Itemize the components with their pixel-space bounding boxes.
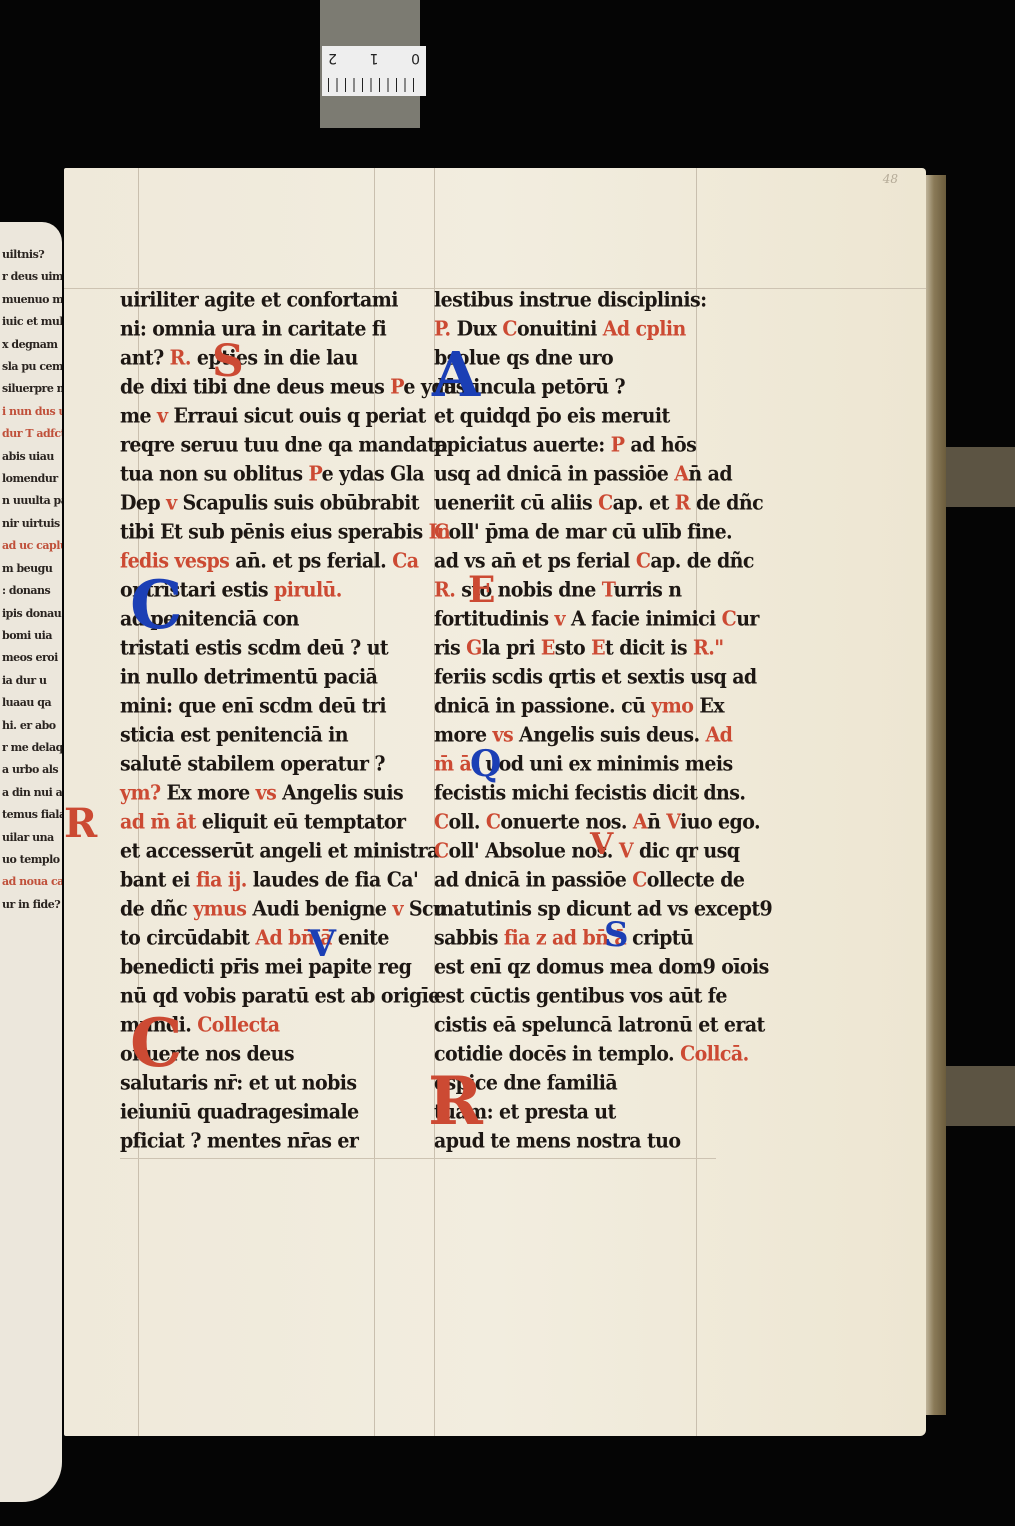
body-text: lestibus instrue disciplinis: (434, 288, 707, 312)
left-page-line: muenuo marati (0, 289, 62, 311)
text-line: lestibus instrue disciplinis: (434, 285, 724, 316)
left-page-line: meos eroi (0, 647, 62, 669)
body-text: e ydas Gla (322, 462, 424, 486)
text-line: ad m̄ āt eliquit eū temptator (120, 807, 400, 838)
rubric-text: v (157, 404, 167, 428)
text-line: ueneriit cū aliis Cap. et R de dñc (434, 488, 724, 519)
left-page-line: siluerpre mus (0, 378, 62, 400)
ruling-line (120, 1158, 716, 1159)
rubric-text: A (674, 462, 688, 486)
body-text: tibi Et sub pēnis eius sperabis (120, 520, 429, 544)
left-page-line: i nun dus uro (0, 401, 62, 423)
text-line: est enī qz domus mea dom9 oīois (434, 952, 724, 983)
text-line: mini: que enī scdm deū tri (120, 691, 400, 722)
rubric-text: vs (256, 781, 277, 805)
text-line: Dep v Scapulis suis obūbrabit (120, 488, 400, 519)
manuscript-folio: 48 uiriliter agite et confortamini: omni… (64, 168, 926, 1436)
body-text: salutē stabilem operatur ? (120, 752, 385, 776)
left-page-line: a din nui a (0, 782, 62, 804)
left-page-line: luaau qa (0, 692, 62, 714)
ruler-label-0: 0 (411, 50, 420, 66)
left-page-line: : donans (0, 580, 62, 602)
text-line: Coll' p̄ma de mar cū ulīb fine. (434, 517, 724, 548)
text-line: est cūctis gentibus vos aūt fe (434, 981, 724, 1012)
body-text: me (120, 404, 157, 428)
text-line: Coll' Absolue nos. V dic qr usq (434, 836, 724, 867)
body-text: to circūdabit (120, 926, 255, 950)
rubric-text: ad m̄ āt (120, 810, 196, 834)
rubric-text: v (166, 491, 176, 515)
rubric-text: R. (434, 578, 455, 602)
text-line: bant ei fia ij. laudes de fia Ca' (120, 865, 400, 896)
body-text: oll' p̄ma de mar cū ulīb fine. (449, 520, 733, 544)
body-text: Scapulis suis obūbrabit (177, 491, 419, 515)
initial-V-blue: V (308, 926, 336, 962)
body-text: de dñc (120, 897, 193, 921)
text-column-right: lestibus instrue disciplinis:P. Dux Conu… (434, 286, 724, 1156)
body-text: sticia est penitenciā in (120, 723, 348, 747)
rubric-text: fia ij. (196, 868, 247, 892)
body-text: ad hōs (624, 433, 696, 457)
initial-S-blue: S (604, 918, 629, 952)
rubric-text: C (434, 810, 449, 834)
left-page-line: temus fiala (0, 804, 62, 826)
initial-C-blue: C (130, 572, 183, 638)
body-text: tua non su oblitus (120, 462, 308, 486)
text-line: benedicti pr̄is mei papite reg (120, 952, 400, 983)
body-text: est enī qz domus mea dom9 oīois (434, 955, 769, 979)
rubric-text: Ad cplin (603, 317, 686, 341)
rubric-text: A (633, 810, 647, 834)
body-text: eliquit eū temptator (196, 810, 406, 834)
text-line: in nullo detrimentū paciā (120, 662, 400, 693)
left-page-line: lomendur (0, 468, 62, 490)
clasp-bottom (946, 1066, 1015, 1126)
initial-A-blue: A (432, 344, 480, 406)
body-text: reqre seruu tuu dne qa mandata (120, 433, 447, 457)
rubric-text: E (541, 636, 555, 660)
rubric-text: Collecta (197, 1013, 279, 1037)
body-text: ap. de dñc (650, 549, 753, 573)
left-page-line: abis uiau (0, 446, 62, 468)
left-page-text: uiltnis?r deus uimmuenuo maratiiuic et m… (0, 222, 62, 916)
rubric-text: Collcā. (680, 1042, 749, 1066)
rubric-text: R (675, 491, 690, 515)
initial-Q-blue: Q (470, 746, 501, 782)
rubric-text: ymus (193, 897, 246, 921)
body-text: in nullo detrimentū paciā (120, 665, 377, 689)
body-text: enite (332, 926, 389, 950)
body-text: ni: omnia ura in caritate fi (120, 317, 386, 341)
body-text: sto (555, 636, 591, 660)
rubric-text: C (434, 839, 449, 863)
text-line: ad dnicā in passiōe Collecte de (434, 865, 724, 896)
body-text: oll. (449, 810, 486, 834)
body-text: pficiat ? mentes nr̄as er (120, 1129, 358, 1153)
body-text: Angelis suis (276, 781, 403, 805)
body-text: n̄ (647, 810, 666, 834)
ruler-numbers: 0 1 2 (322, 50, 426, 66)
text-line: tua non su oblitus Pe ydas Gla (120, 459, 400, 490)
body-text: benedicti pr̄is mei papite reg (120, 955, 411, 979)
body-text: ad dnicā in passiōe (434, 868, 632, 892)
left-page-line: uo templo (0, 849, 62, 871)
text-line: Coll. Conuerte nos. An̄ Viuo ego. (434, 807, 724, 838)
text-line: ppiciatus auerte: P ad hōs (434, 430, 724, 461)
left-page-line: m beugu (0, 558, 62, 580)
rubric-text: C (722, 607, 737, 631)
body-text: la pri (482, 636, 541, 660)
text-line: usq ad dnicā in passiōe An̄ ad (434, 459, 724, 490)
text-line: sticia est penitenciā in (120, 720, 400, 751)
body-text: Ex more (160, 781, 255, 805)
body-text: criptū (626, 926, 693, 950)
rubric-text: Ca (392, 549, 418, 573)
body-text: ueneriit cū aliis (434, 491, 598, 515)
body-text: Audi benigne (246, 897, 392, 921)
folio-number: 48 (883, 172, 898, 186)
rubric-text: C (632, 868, 647, 892)
text-line: ym? Ex more vs Angelis suis (120, 778, 400, 809)
rubric-text: C (486, 810, 501, 834)
left-page-line: ia dur u (0, 670, 62, 692)
body-text: de dñc (690, 491, 763, 515)
body-text: Ex (693, 694, 724, 718)
body-text: ad vs an̄ et ps ferial (434, 549, 636, 573)
text-line: feriis scdis qrtis et sextis usq ad (434, 662, 724, 693)
rubric-text: C (598, 491, 613, 515)
text-line: to circūdabit Ad bn̄ ā enite (120, 923, 400, 954)
body-text: est cūctis gentibus vos aūt fe (434, 984, 727, 1008)
initial-R-red: R (428, 1068, 483, 1134)
rubric-text: v (555, 607, 565, 631)
rubric-text: R." (693, 636, 724, 660)
body-text: ppiciatus auerte: (434, 433, 611, 457)
left-page-line: n uuulta pam (0, 490, 62, 512)
body-text: mini: que enī scdm deū tri (120, 694, 386, 718)
body-text: de dixi tibi dne deus meus (120, 375, 390, 399)
body-text: dic qr usq (633, 839, 739, 863)
clasp-top (946, 447, 1015, 507)
rubric-text: C (434, 520, 449, 544)
body-text: sabbis (434, 926, 504, 950)
left-facing-page: uiltnis?r deus uimmuenuo maratiiuic et m… (0, 222, 62, 1502)
left-page-line: nir uirtuis (0, 513, 62, 535)
text-line: cistis eā speluncā latronū et erat (434, 1010, 724, 1041)
ruler-ticks (328, 78, 420, 92)
body-text: et accesserūt angeli et ministra (120, 839, 439, 863)
ruler-label-1: 1 (370, 50, 379, 66)
rubric-text: R. (170, 346, 191, 370)
rubric-text: E (591, 636, 605, 660)
body-text: bant ei (120, 868, 196, 892)
left-page-line: r deus uim (0, 266, 62, 288)
body-text: ollecte de (647, 868, 745, 892)
rubric-text: T (602, 578, 614, 602)
initial-S: S (212, 340, 244, 384)
body-text: an̄. et ps ferial. (229, 549, 392, 573)
body-text: usq ad dnicā in passiōe (434, 462, 674, 486)
text-line: reqre seruu tuu dne qa mandata (120, 430, 400, 461)
left-page-line: a urbo als (0, 759, 62, 781)
rubric-text: C (502, 317, 517, 341)
rubric-text: V (666, 810, 680, 834)
body-text: ur (736, 607, 759, 631)
left-page-line: ad uc caplu (0, 535, 62, 557)
text-line: me v Erraui sicut ouis q periat (120, 401, 400, 432)
body-text: uod uni ex minimis meis (479, 752, 732, 776)
rubric-text: P (308, 462, 321, 486)
body-text: urris n (614, 578, 682, 602)
text-line: pficiat ? mentes nr̄as er (120, 1126, 400, 1157)
initial-V-red: V (590, 830, 613, 860)
left-page-line: r me delaq (0, 737, 62, 759)
text-line: de dixi tibi dne deus meus Pe ydas (120, 372, 400, 403)
left-page-line: iuic et mulet (0, 311, 62, 333)
rubric-text: C (636, 549, 651, 573)
text-line: tibi Et sub pēnis eius sperabis In (120, 517, 400, 548)
rubric-text: G (466, 636, 482, 660)
text-line: sabbis fia z ad bn̄ ā criptū (434, 923, 724, 954)
left-page-line: ad noua ca (0, 871, 62, 893)
body-text: Angelis suis deus. (513, 723, 705, 747)
body-text: t dicit is (605, 636, 693, 660)
body-text: ant? (120, 346, 170, 370)
left-page-line: ipis donau (0, 603, 62, 625)
text-line: salutē stabilem operatur ? (120, 749, 400, 780)
color-scale-ruler: 0 1 2 (322, 46, 426, 96)
body-text: uiriliter agite et confortami (120, 288, 398, 312)
body-text: ris (434, 636, 466, 660)
body-text: A facie inimici (565, 607, 722, 631)
ruler-label-2: 2 (328, 50, 337, 66)
left-page-line: uiltnis? (0, 244, 62, 266)
body-text: laudes de fia Ca' (247, 868, 418, 892)
rubric-text: pirulū. (274, 578, 342, 602)
left-page-line: x degnam (0, 334, 62, 356)
left-page-line: dur T adfct (0, 423, 62, 445)
body-text: iuo ego. (680, 810, 760, 834)
rubric-text: V (619, 839, 633, 863)
initial-E: E (468, 572, 495, 608)
text-line: matutinis sp dicunt ad vs except9 (434, 894, 724, 925)
rubric-text: ym? (120, 781, 160, 805)
rubric-text: ymo (651, 694, 693, 718)
left-page-line: sla pu cem (0, 356, 62, 378)
book-binding-edge (926, 175, 946, 1415)
left-page-line: ur in fide? (0, 894, 62, 916)
body-text: n̄ ad (688, 462, 732, 486)
body-text: onuitini (517, 317, 603, 341)
left-page-line: hi. er abo (0, 715, 62, 737)
text-line: uiriliter agite et confortami (120, 285, 400, 316)
body-text: Erraui sicut ouis q periat (167, 404, 425, 428)
body-text: cistis eā speluncā latronū et erat (434, 1013, 765, 1037)
rubric-text: v (392, 897, 402, 921)
text-line: de dñc ymus Audi benigne v Scu (120, 894, 400, 925)
text-line: ant? R. epties in die lau (120, 343, 400, 374)
left-page-line: uilar una (0, 827, 62, 849)
text-line: dnicā in passione. cū ymo Ex (434, 691, 724, 722)
body-text: feriis scdis qrtis et sextis usq ad (434, 665, 757, 689)
rubric-text: Ad (706, 723, 733, 747)
left-page-line: bomi uia (0, 625, 62, 647)
initial-R: R (64, 804, 97, 844)
text-line: ris Gla pri Esto Et dicit is R." (434, 633, 724, 664)
text-line: ni: omnia ura in caritate fi (120, 314, 400, 345)
body-text: dnicā in passione. cū (434, 694, 651, 718)
rubric-text: P (611, 433, 625, 457)
initial-C-red: C (130, 1010, 183, 1076)
text-line: et accesserūt angeli et ministra (120, 836, 400, 867)
rubric-text: P (390, 375, 403, 399)
body-text: Dep (120, 491, 166, 515)
body-text: ieiuniū quadragesimale (120, 1100, 359, 1124)
body-text: ap. et (613, 491, 675, 515)
text-line: ieiuniū quadragesimale (120, 1097, 400, 1128)
